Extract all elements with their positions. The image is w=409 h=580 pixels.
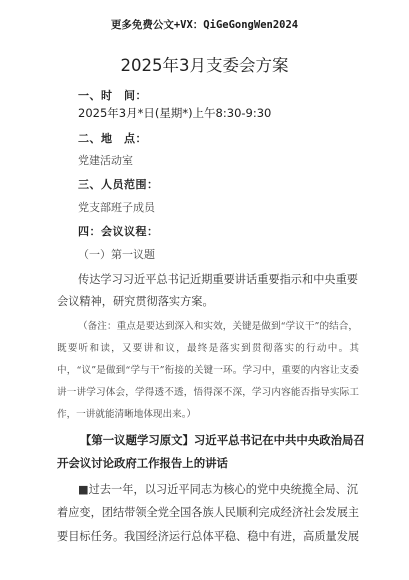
document-title: 2025年3月支委会方案	[0, 58, 409, 75]
source-title-line2: 开会议讨论政府工作报告上的讲话	[57, 458, 228, 469]
note-line1: （备注：重点是要达到深入和实效，关键是做到“学议干”的结合，	[78, 322, 358, 332]
source-title-line1: 【第一议题学习原文】习近平总书记在中共中央政治局召	[80, 435, 358, 446]
item1-desc-line1: 传达学习习近平总书记近期重要讲话重要指示和中央重要	[78, 274, 358, 285]
source-text-line2: 着应变，团结带领全党全国各族人民顺利完成经济社会发展主	[57, 507, 359, 518]
watermark-text: 更多免费公文+VX：QiGeGongWen2024	[0, 20, 409, 31]
item1-desc-line2: 会议精神，研究贯彻落实方案。	[57, 296, 359, 307]
source-text-line1: ■过去一年，以习近平同志为核心的党中央统揽全局、沉	[78, 484, 358, 495]
agenda-heading: 四：会议议程：	[78, 226, 159, 237]
source-text-line3: 要目标任务。我国经济运行总体平稳、稳中有进，高质量发展	[57, 531, 359, 542]
note-line2: 既要听和读，又要讲和议，最终是落实到贯彻落实的行动中。其	[57, 344, 359, 354]
people-heading: 三、人员范围：	[78, 179, 159, 190]
note-line5: 作，一讲就能清晰地体现出来。）	[57, 410, 196, 420]
place-heading: 二、地 点：	[78, 133, 147, 144]
note-line4: 讲一讲学习体会，学得透不透，悟得深不深，学习内容能否指导实际工	[57, 388, 359, 398]
agenda-item1-label: （一）第一议题	[78, 249, 155, 260]
place-value: 党建活动室	[78, 155, 133, 166]
note-line3: 中，“议”是做到“学与干”衔接的关键一环。学习中，重要的内容让支委	[57, 366, 359, 376]
time-value: 2025年3月*日(星期*)上午8:30-9:30	[78, 108, 271, 120]
people-value: 党支部班子成员	[78, 202, 155, 213]
time-heading: 一、时 间：	[78, 90, 147, 101]
